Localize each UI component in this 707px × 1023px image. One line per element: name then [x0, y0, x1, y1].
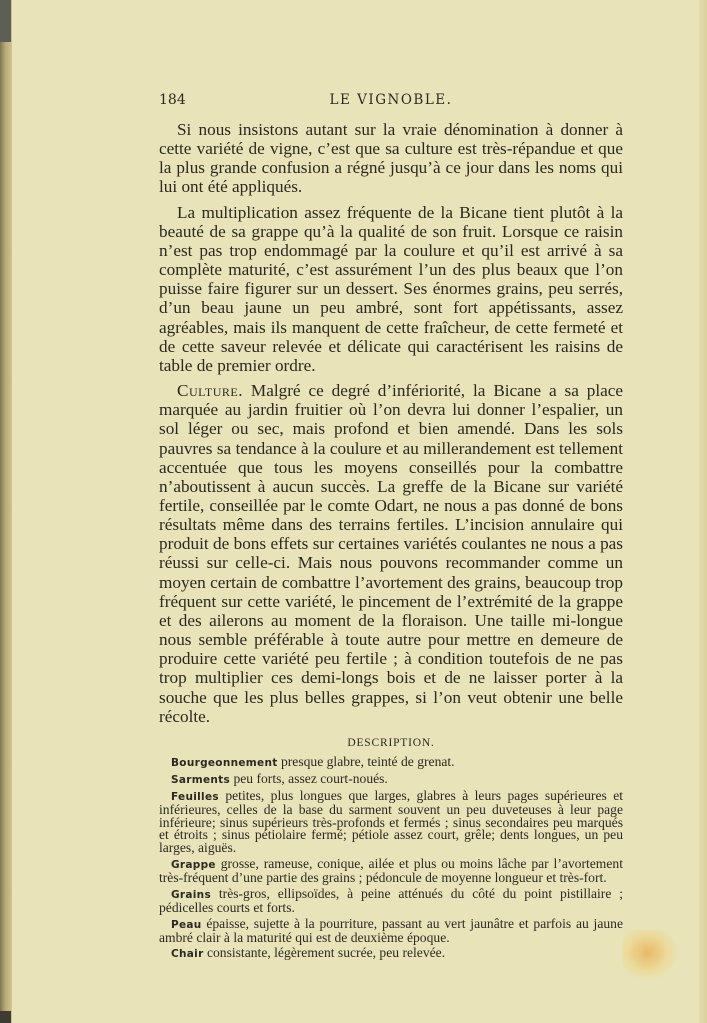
description-item-grains: Grains très-gros, ellipsoïdes, à peine a… [159, 888, 623, 915]
definition: peu forts, assez court-noués. [230, 771, 388, 786]
binding-shadow-bottom [0, 1011, 11, 1023]
definition: épaisse, sujette à la pourriture, passan… [159, 916, 623, 945]
description-item-grappe: Grappe grosse, rameuse, conique, ailée e… [159, 858, 623, 885]
description-item-chair: Chair consistante, légèrement sucrée, pe… [159, 947, 623, 961]
definition: très-gros, ellipsoïdes, à peine atténués… [159, 886, 623, 915]
definition: consistante, légèrement sucrée, peu rele… [204, 945, 446, 960]
paragraph-multiplication: La multiplication assez fréquente de la … [159, 203, 623, 375]
binding-shadow-top [0, 0, 11, 42]
description-item-feuilles: Feuilles petites, plus longues que large… [159, 790, 623, 855]
description-item-sarments: Sarments peu forts, assez court-noués. [159, 773, 623, 787]
culture-text: Malgré ce degré d’infériorité, la Bicane… [159, 381, 623, 726]
term: Sarments [171, 774, 230, 786]
description-list: Bourgeonnement presque glabre, teinté de… [159, 756, 623, 964]
running-title: LE VIGNOBLE. [159, 92, 623, 108]
definition: petites, plus longues que larges, glabre… [159, 788, 623, 855]
page-header: 184 LE VIGNOBLE. [159, 92, 623, 112]
definition: presque glabre, teinté de grenat. [278, 754, 455, 769]
term: Chair [171, 948, 204, 960]
definition: grosse, rameuse, conique, ailée et plus … [159, 856, 623, 885]
paper-stain [622, 930, 678, 980]
culture-label: Culture. [177, 381, 243, 400]
term: Bourgeonnement [171, 757, 278, 769]
book-binding-edge [0, 0, 12, 1023]
paragraph-culture: Culture. Malgré ce degré d’infériorité, … [159, 381, 623, 726]
description-heading: DESCRIPTION. [159, 737, 623, 749]
description-item-peau: Peau épaisse, sujette à la pourriture, p… [159, 918, 623, 945]
body-text: Si nous insistons autant sur la vraie dé… [159, 120, 623, 732]
paragraph-denomination: Si nous insistons autant sur la vraie dé… [159, 120, 623, 197]
page-edge [699, 0, 707, 1023]
description-item-bourgeonnement: Bourgeonnement presque glabre, teinté de… [159, 756, 623, 770]
